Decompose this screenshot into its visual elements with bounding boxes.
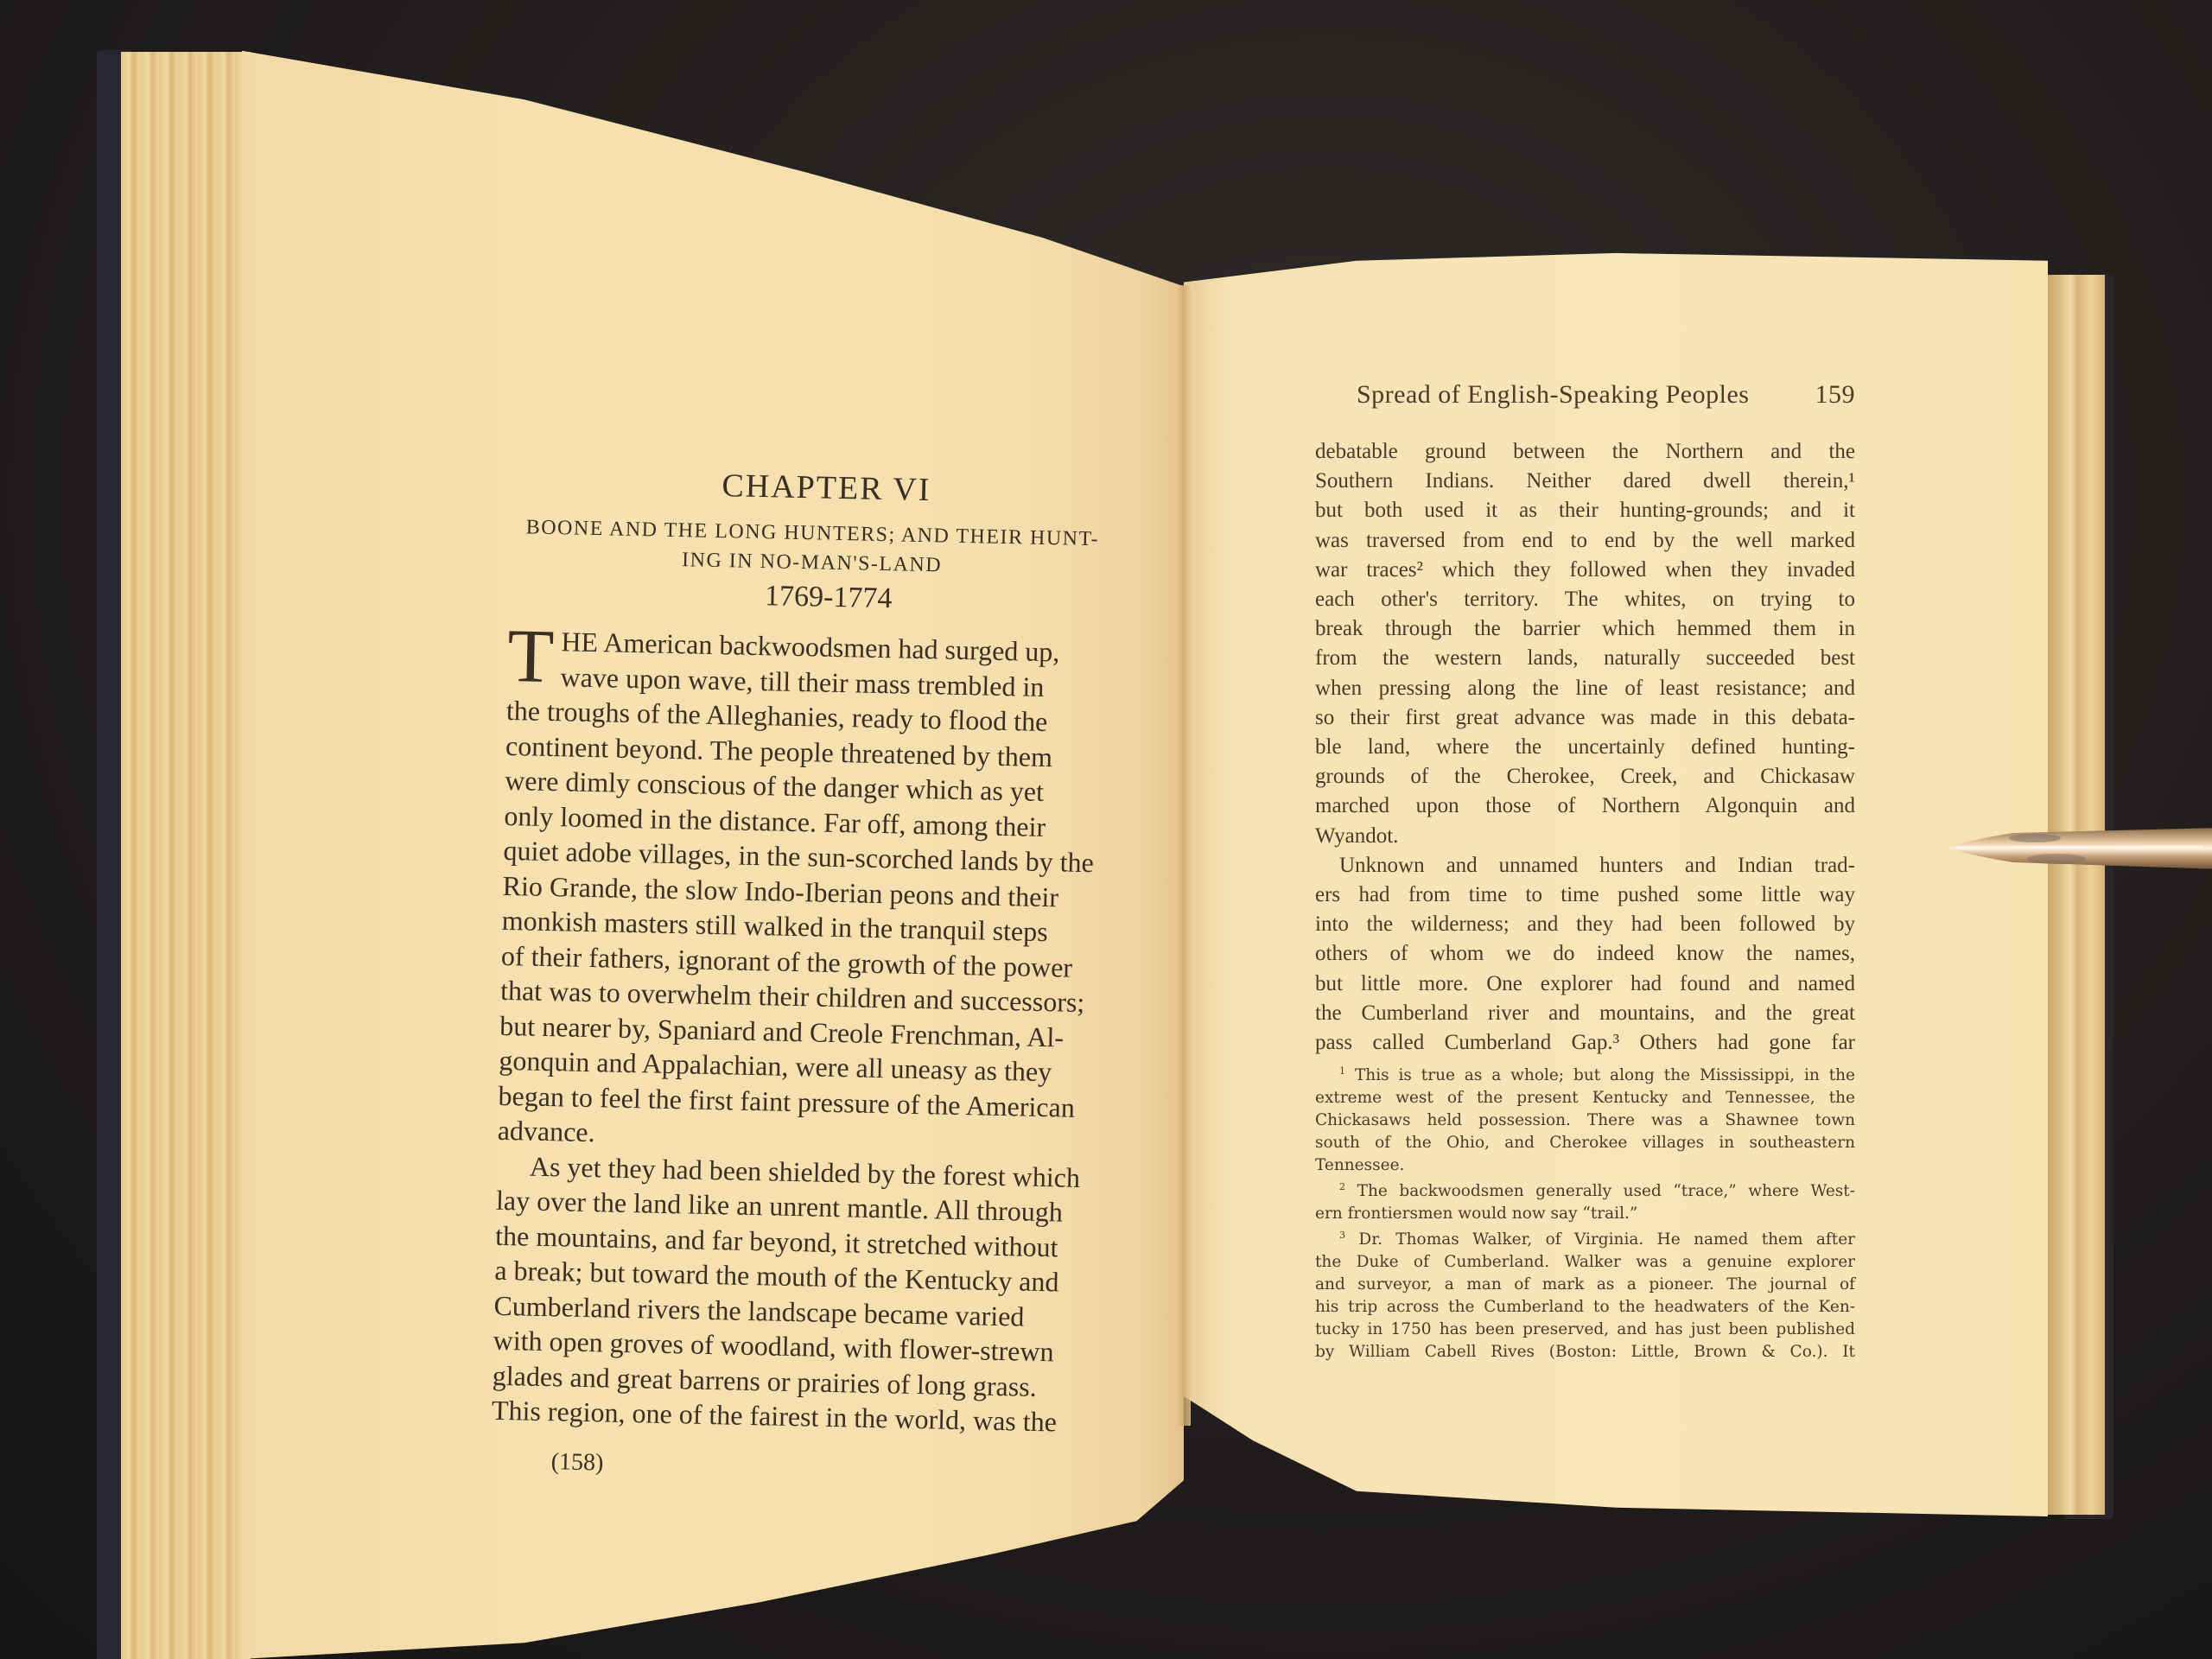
footnote-marker: 3 [1339, 1230, 1345, 1241]
pen-pointer-icon [1944, 821, 2212, 876]
footnote-line: by William Cabell Rives (Boston: Little,… [1315, 1341, 1855, 1363]
paragraph: debatable ground between the Northern an… [1315, 437, 1855, 851]
text-line: others of whom we do indeed know the nam… [1315, 939, 1855, 969]
page-edges-right [2048, 275, 2105, 1515]
footnote-line: his trip across the Cumberland to the he… [1315, 1296, 1855, 1319]
chapter-dates: 1769-1774 [543, 575, 1114, 620]
page-number-right: 159 [1815, 380, 1856, 410]
text-line: ble land, where the uncertainly defined … [1315, 733, 1855, 762]
footnote-line: the Duke of Cumberland. Walker was a gen… [1315, 1251, 1855, 1274]
text-line: ers had from time to time pushed some li… [1315, 880, 1855, 910]
text-line: Unknown and unnamed hunters and Indian t… [1315, 851, 1855, 880]
footnote-line: Chickasaws held possession. There was a … [1315, 1109, 1855, 1132]
text-line: each other's territory. The whites, on t… [1315, 585, 1855, 614]
text-line: grounds of the Cherokee, Creek, and Chic… [1315, 762, 1855, 791]
footnote-line: Tennessee. [1315, 1154, 1855, 1177]
paragraph: Unknown and unnamed hunters and Indian t… [1315, 851, 1855, 1058]
text-line: marched upon those of Northern Algonquin… [1315, 791, 1855, 821]
footnote-text: This is true as a whole; but along the M… [1355, 1066, 1855, 1084]
left-page-text: CHAPTER VI BOONE AND THE LONG HUNTERS; A… [490, 462, 1116, 1487]
footnote-line: 2 The backwoodsmen generally used “trace… [1315, 1180, 1855, 1203]
text-line: break through the barrier which hemmed t… [1315, 614, 1855, 644]
text-line: was traversed from end to end by the wel… [1315, 526, 1855, 556]
text-line: pass called Cumberland Gap.³ Others had … [1315, 1028, 1855, 1058]
footnote-text: Dr. Thomas Walker, of Virginia. He named… [1358, 1230, 1855, 1249]
page-edges-left [121, 52, 251, 1659]
left-page-body: T HE American backwoodsmen had surged up… [492, 623, 1113, 1440]
right-page-text: Spread of English-Speaking Peoples 159 d… [1315, 380, 1855, 1363]
paragraph: T HE American backwoodsmen had surged up… [497, 623, 1113, 1160]
text-line: Wyandot. [1315, 822, 1855, 851]
footnote-2: 2 The backwoodsmen generally used “trace… [1315, 1180, 1855, 1225]
right-page-body: debatable ground between the Northern an… [1315, 437, 1855, 1058]
footnote-3: 3 Dr. Thomas Walker, of Virginia. He nam… [1315, 1229, 1855, 1363]
text-line: Southern Indians. Neither dared dwell th… [1315, 467, 1855, 496]
text-line: war traces² which they followed when the… [1315, 556, 1855, 585]
footnote-line: and surveyor, a man of mark as a pioneer… [1315, 1274, 1855, 1296]
footnote-line: tucky in 1750 has been preserved, and ha… [1315, 1319, 1855, 1341]
chapter-subtitle: BOONE AND THE LONG HUNTERS; AND THEIR HU… [509, 512, 1115, 584]
running-head: Spread of English-Speaking Peoples 159 [1315, 380, 1855, 410]
text-line: from the western lands, naturally succee… [1315, 644, 1855, 673]
text-line: the Cumberland river and mountains, and … [1315, 999, 1855, 1028]
text-line: but both used it as their hunting-ground… [1315, 496, 1855, 525]
text-line: so their first great advance was made in… [1315, 703, 1855, 733]
footnotes: 1 This is true as a whole; but along the… [1315, 1065, 1855, 1363]
footnote-line: ern frontiersmen would now say “trail.” [1315, 1203, 1855, 1225]
footnote-line: south of the Ohio, and Cherokee villages… [1315, 1132, 1855, 1154]
footnote-line: 3 Dr. Thomas Walker, of Virginia. He nam… [1315, 1229, 1855, 1251]
footnote-1: 1 This is true as a whole; but along the… [1315, 1065, 1855, 1177]
footnote-text: The backwoodsmen generally used “trace,”… [1357, 1182, 1855, 1200]
running-head-title: Spread of English-Speaking Peoples [1357, 380, 1749, 410]
text-line: but little more. One explorer had found … [1315, 969, 1855, 999]
text-line: when pressing along the line of least re… [1315, 674, 1855, 703]
footnote-marker: 2 [1339, 1181, 1345, 1192]
footnote-marker: 1 [1339, 1065, 1345, 1077]
text-line: debatable ground between the Northern an… [1315, 437, 1855, 467]
text-line: into the wilderness; and they had been f… [1315, 910, 1855, 939]
footnote-line: extreme west of the present Kentucky and… [1315, 1087, 1855, 1109]
drop-cap: T [507, 626, 555, 688]
footnote-line: 1 This is true as a whole; but along the… [1315, 1065, 1855, 1087]
paragraph: As yet they had been shielded by the for… [492, 1147, 1103, 1440]
book-gutter [1177, 285, 1191, 1426]
